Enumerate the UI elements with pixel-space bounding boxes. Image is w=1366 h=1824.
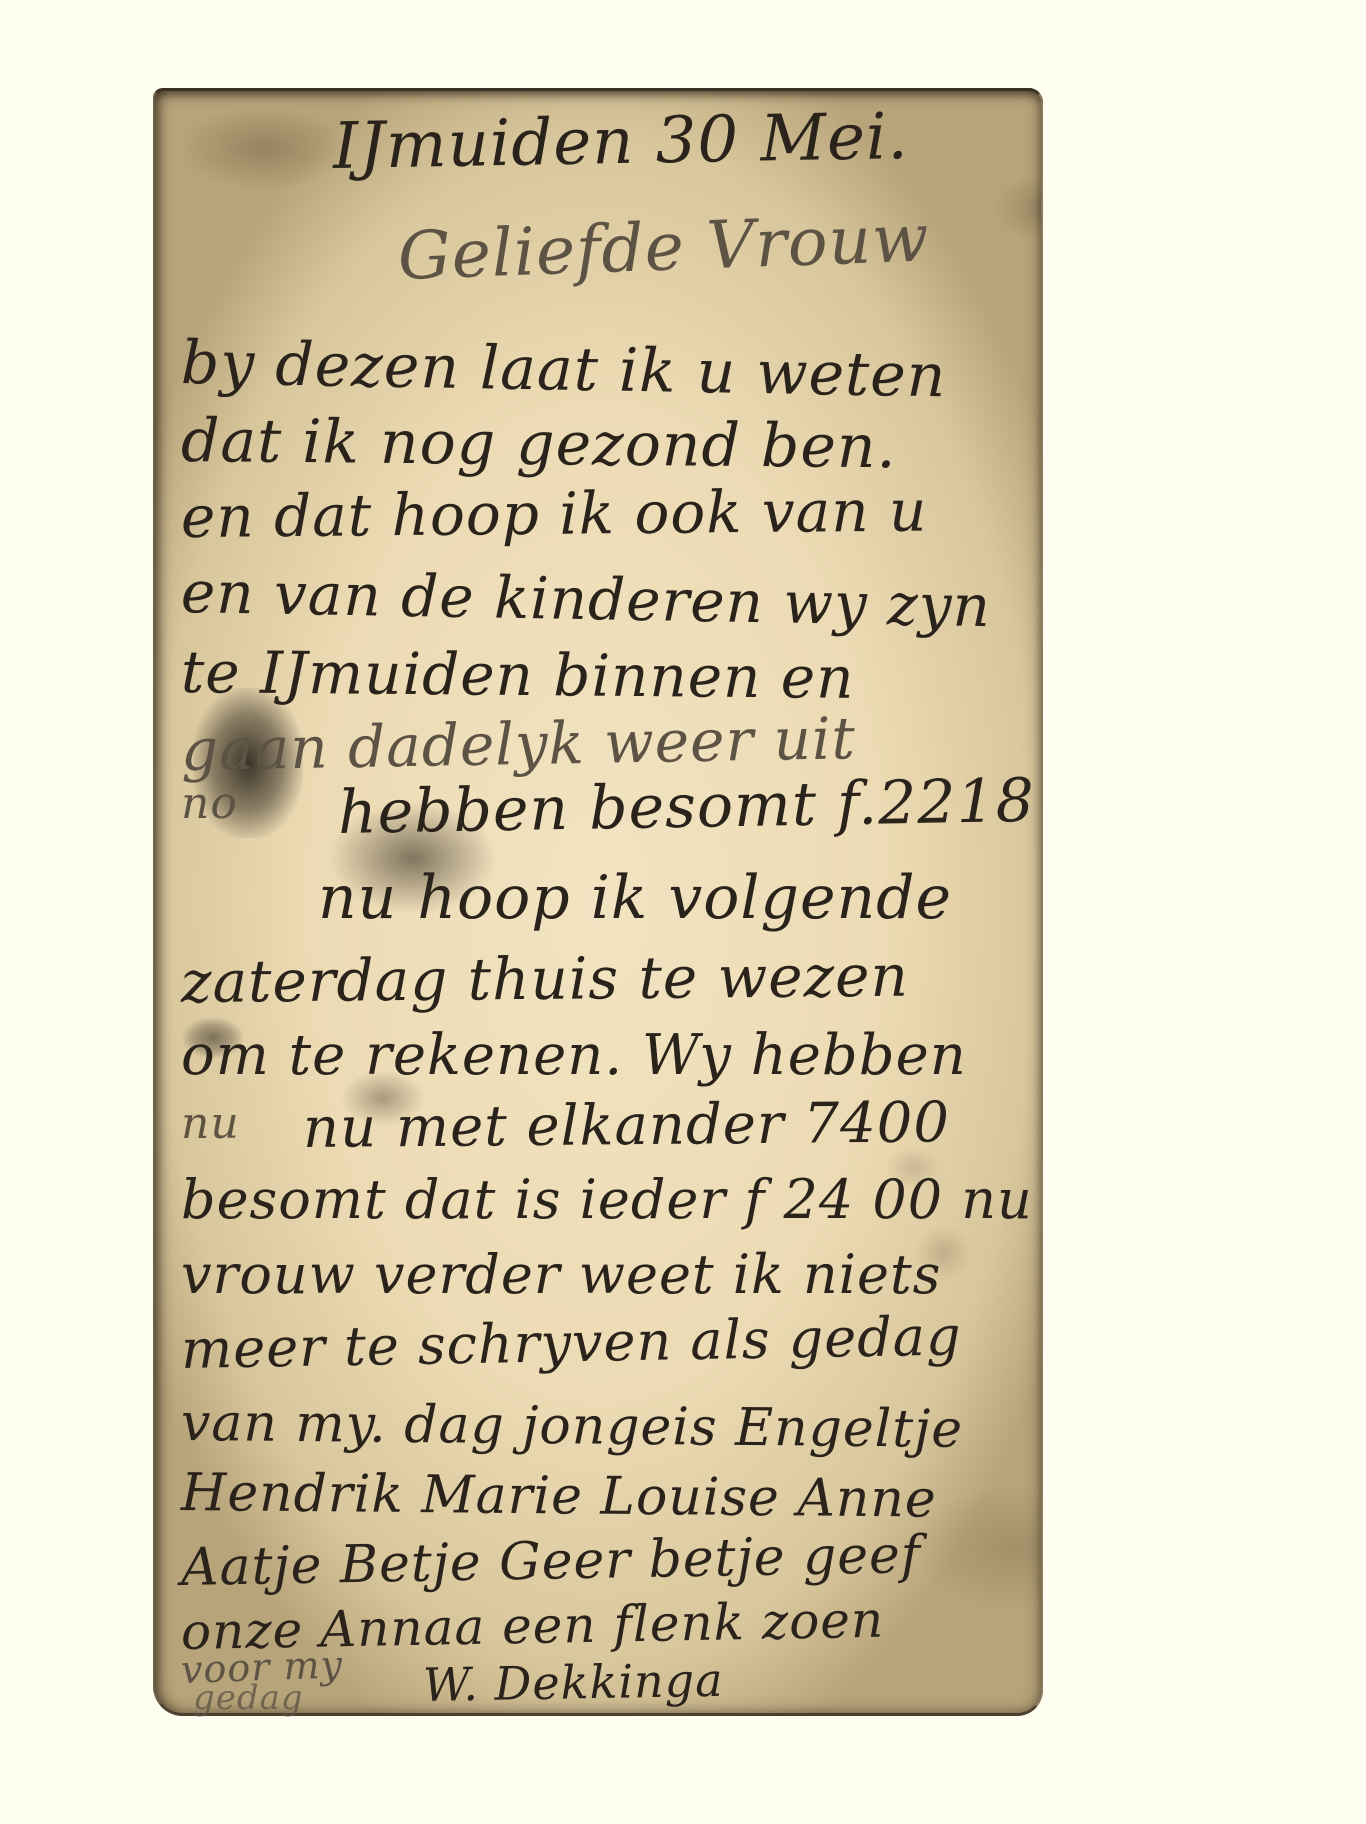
body-line-4: en van de kinderen wy zyn [180,558,991,640]
body-line-9: zaterdag thuis te wezen [181,942,909,1016]
body-line-13: vrouw verder weet ik niets [181,1243,941,1306]
margin-note-2: nu [181,1098,240,1149]
margin-note-1: no [181,778,238,829]
body-line-17-text: Aatje Betje Geer betje geef [180,1525,921,1598]
salutation: Geliefde Vrouw [397,199,931,295]
body-line-2: dat ik nog gezond ben. [181,406,897,482]
body-line-5: te IJmuiden binnen en [181,638,855,712]
body-line-10: om te rekenen. Wy hebben [181,1023,967,1088]
body-line-16: Hendrik Marie Louise Anne [181,1463,937,1530]
body-line-8: nu hoop ik volgende [318,863,952,933]
body-line-1: by dezen laat ik u weten [180,328,947,411]
body-line-14: meer te schryven als gedag [180,1304,962,1381]
postcard: IJmuiden 30 Mei. Geliefde Vrouw by dezen… [153,88,1043,1716]
body-line-11: nu met elkander 7400 [303,1090,951,1161]
signature: W. Dekkinga [423,1653,724,1712]
closing-greeting: gedag [193,1678,304,1718]
body-line-3: en dat hoop ik ook van u [181,476,928,551]
body-line-15: van my. dag jongeis Engeltje [181,1393,964,1460]
place-date-heading: IJmuiden 30 Mei. [332,100,909,184]
body-line-12: besomt dat is ieder f 24 00 nu [181,1168,1033,1231]
body-line-17: Aatje Betje Geer betje geef [180,1525,921,1598]
body-line-7: hebben besomt f.2218 [337,766,1035,848]
